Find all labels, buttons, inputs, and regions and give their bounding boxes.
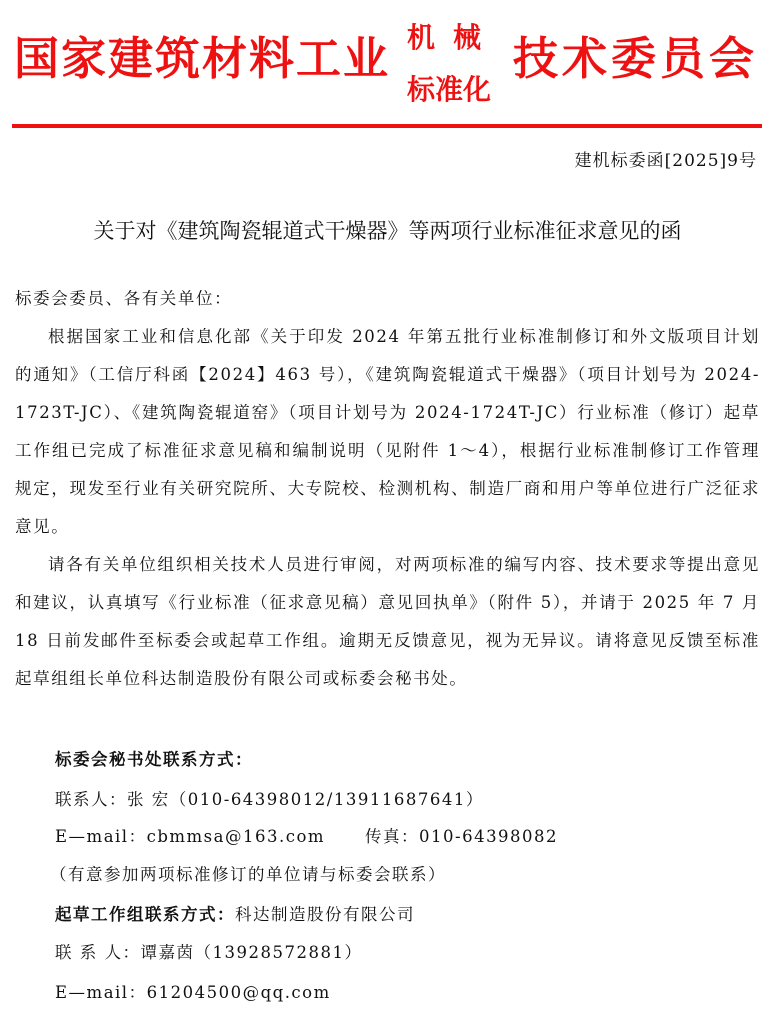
drafting-contact-person: 联 系 人：谭嘉茵（13928572881） [55,941,362,965]
drafting-email: E—mail：61204500@qq.com [55,981,331,1005]
red-divider [12,124,762,128]
body-paragraph-2: 请各有关单位组织相关技术人员进行审阅，对两项标准的编写内容、技术要求等提出意见和… [15,546,760,698]
secretariat-email-row: E—mail：cbmmsa@163.com [55,825,325,849]
salutation: 标委会委员、各有关单位： [15,280,760,318]
drafting-company: 科达制造股份有限公司 [235,905,415,924]
drafting-heading-row: 起草工作组联系方式：科达制造股份有限公司 [55,903,415,927]
secretariat-email: E—mail：cbmmsa@163.com [55,827,325,846]
secretariat-fax: 传真：010-64398082 [365,825,558,849]
org-name-left: 国家建筑材料工业 [14,36,390,81]
secretariat-note: （有意参加两项标准修订的单位请与标委会联系） [50,863,446,887]
drafting-heading: 起草工作组联系方式： [55,905,235,924]
secretariat-heading: 标委会秘书处联系方式： [55,748,253,772]
org-name-mid-line2: 标准化 [407,76,491,104]
document-title: 关于对《建筑陶瓷辊道式干燥器》等两项行业标准征求意见的函 [0,215,775,245]
org-name-mid-line1: 机械 [407,24,499,52]
document-number: 建机标委函[2025]9号 [575,146,757,171]
secretariat-contact-person: 联系人：张 宏（010-64398012/13911687641） [55,788,484,812]
org-name-right: 技术委员会 [513,36,758,81]
body-paragraph-1: 根据国家工业和信息化部《关于印发 2024 年第五批行业标准制修订和外文版项目计… [15,318,760,546]
